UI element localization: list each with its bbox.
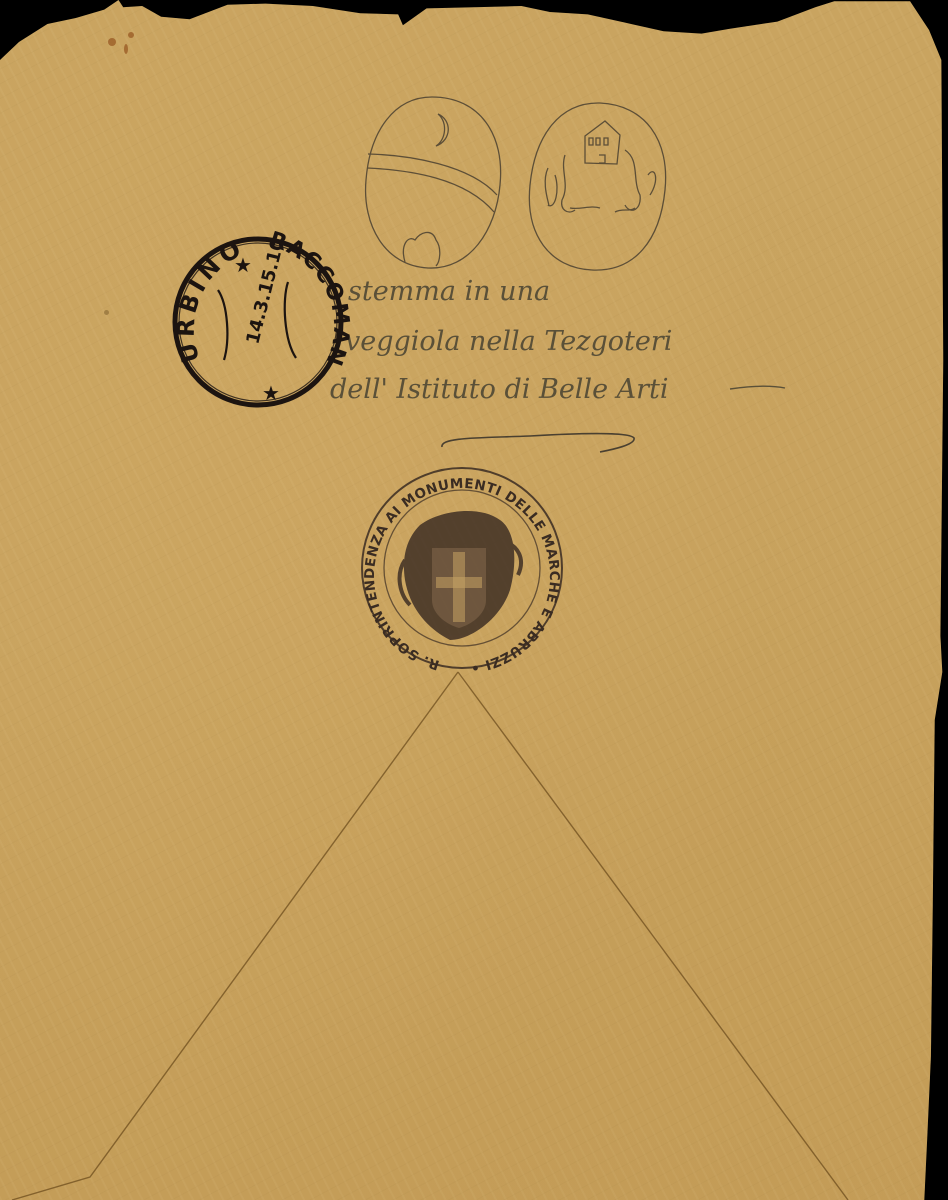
sketch-house-oval bbox=[529, 103, 665, 270]
postmark-urbino: URBINO RACCOMAN 14.3.15.10 ★ ★ bbox=[172, 227, 354, 405]
note-line-2: veggiola nella Tezgoteri bbox=[345, 326, 672, 357]
sketch-crescent-oval bbox=[366, 97, 501, 268]
note-line-3: dell' Istituto di Belle Arti bbox=[330, 374, 669, 405]
postmark-star-icon: ★ bbox=[262, 381, 280, 405]
note-line-1: stemma in una bbox=[348, 276, 550, 307]
pencil-squiggle bbox=[442, 434, 634, 452]
postmark-star-icon: ★ bbox=[234, 253, 252, 277]
flap-fold-lines bbox=[12, 672, 848, 1200]
coat-of-arms-icon bbox=[400, 511, 521, 640]
envelope-markings: stemma in una veggiola nella Tezgoteri d… bbox=[0, 0, 948, 1200]
handwritten-note: stemma in una veggiola nella Tezgoteri d… bbox=[330, 276, 785, 452]
